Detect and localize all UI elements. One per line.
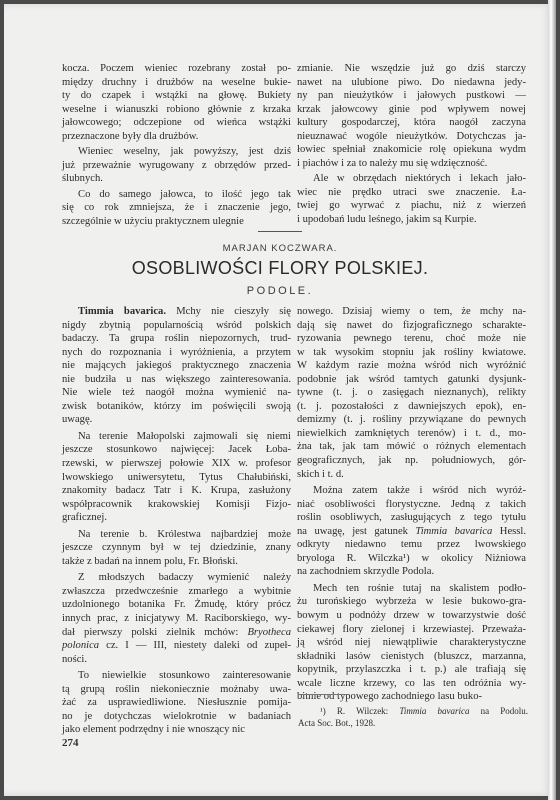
paragraph: zmianie. Nie wszędzie już go dziś starcz… [297, 62, 526, 170]
text-line: kocza. Poczem wieniec rozebrany został p… [62, 62, 291, 76]
page-number: 274 [62, 737, 79, 749]
text-line: między druchny i drużbów na weselne buki… [62, 76, 291, 90]
footnote-author: R. Wilczek: [337, 706, 388, 716]
text-line: To niewielkie stosunkowo zainteresowanie [62, 669, 291, 683]
text-line: współpracownik krakowskiej Komisji Fizjo… [62, 498, 291, 512]
article-author: MARJAN KOCZWARA. [0, 243, 560, 254]
text-line: i upodobań ludu leśnego, jakim są Kurpie… [297, 213, 526, 227]
text-line: już przeważnie wyrugowany z obrzędów prz… [62, 159, 291, 173]
text-line: jałowcowego; odczepione od wieńca wstążk… [62, 116, 291, 130]
footnote-rule [298, 694, 348, 695]
text-line: Nie wiele też naogół można wymienić na- [62, 386, 291, 400]
text-line: nych do rozpoznania i wyróżnienia, a prz… [62, 346, 291, 360]
text-line: polonica cz. I — III, niestety daleki od… [62, 639, 291, 653]
footnote-species: Timmia bavarica [399, 706, 469, 716]
text-line: przeznaczone były dla drużbów. [62, 130, 291, 144]
text-line: jako element podrzędny i nie wnoszący ni… [62, 723, 291, 737]
text-line: bryologa R. Wilczka¹) w okolicy Niżniowa [297, 552, 526, 566]
text-line: weselne i wianuszki robiono głównie z kr… [62, 103, 291, 117]
text-line: uwagę. [62, 413, 291, 427]
text-line: ności. [62, 653, 291, 667]
text-line: ny pan nieużytków i jałowych pustkowi — [297, 89, 526, 103]
text-line: Timmia bavarica. Mchy nie cieszyły się [62, 305, 291, 319]
paragraph: Mech ten rośnie tutaj na skalistem podło… [297, 582, 526, 704]
text-line: W każdym razie można wśród nich wyróżnić [297, 359, 526, 373]
text-line: skich i t. d. [297, 468, 526, 482]
text-line: badaczy. Ta grupa roślin niepozornych, t… [62, 332, 291, 346]
top-right-column: zmianie. Nie wszędzie już go dziś starcz… [297, 62, 526, 227]
paragraph: nowego. Dzisiaj wiemy o tem, że mchy na-… [297, 305, 526, 481]
text-line: szczególnie w użyciu praktycznem ulegnie [62, 215, 291, 229]
text-line: no je dotychczas wielokrotnie w badaniac… [62, 710, 291, 724]
text-line: nie budziła u nas większego zainteresowa… [62, 373, 291, 387]
text-line: żna tak, jak tam mówić o różnych element… [297, 440, 526, 454]
text-line: jeszcze czynnym był w tej dziedzinie, zn… [62, 541, 291, 555]
text-line: zmianie. Nie wszędzie już go dziś starcz… [297, 62, 526, 76]
text-line: zwisk botaników, którzy im poświęcili sw… [62, 400, 291, 414]
text-line: demizmy (t. j. rośliny przywiązane do pe… [297, 413, 526, 427]
footnote-marker: ¹) [320, 706, 326, 716]
footnote-rest: na Podolu. [481, 706, 528, 716]
text-line: uzdolnionego botanika Fr. Żmudę, który p… [62, 598, 291, 612]
page-edge [548, 0, 556, 800]
text-line: kultury gospodarczej, która naogół zaczy… [297, 116, 526, 130]
paragraph: Na terenie Małopolski zajmowali się niem… [62, 430, 291, 525]
text-line: kopytnik, przylaszczka i t. p.) ale traf… [297, 663, 526, 677]
section-divider-rule [258, 231, 302, 232]
text-line: wiec nie prędko utraci swe znaczenie. Ła… [297, 186, 526, 200]
text-line: Z młodszych badaczy wymienić należy [62, 571, 291, 585]
footnote: ¹) R. Wilczek: Timmia bavarica na Podolu… [298, 705, 528, 729]
text-line: w tak wysokim stopniu jak rośliny kwiato… [297, 346, 526, 360]
text-line: ją wśród niej niewątpliwie charakterysty… [297, 636, 526, 650]
paragraph: Można zatem także i wśród nich wyróż-nia… [297, 484, 526, 579]
paragraph: Co do samego jałowca, to ilość jego taks… [62, 188, 291, 229]
text-line: nie mających jakiegoś praktycznego znacz… [62, 359, 291, 373]
text-line: także z badań na innem polu, Fr. Błoński… [62, 555, 291, 569]
text-line: się co rok zmniejsza, że i znaczenie jeg… [62, 201, 291, 215]
text-line: niewielkich zamkniętych terenów) i t. d.… [297, 427, 526, 441]
footnote-source: Acta Soc. Bot., 1928. [298, 717, 528, 729]
text-line: znakomity badacz Tatr i K. Krupa, zasłuż… [62, 484, 291, 498]
text-line: jeszcze stosunkowo najwięcej: Jacek Łoba… [62, 443, 291, 457]
text-line: odkryty niedawno temu przez lwowskiego [297, 538, 526, 552]
text-line: na zachodniem skrzydle Podola. [297, 565, 526, 579]
text-line: i piachów i za to należy mu się wdzięczn… [297, 157, 526, 171]
text-line: ty do czapek i wstążki na głowę. Bukiety [62, 89, 291, 103]
text-line: innych prac, z inicjatywy M. Raciborskie… [62, 612, 291, 626]
text-line: tywne (t. j. o zasięgach nieznanych), re… [297, 386, 526, 400]
paragraph: Wieniec weselny, jak powyższy, jest dziś… [62, 145, 291, 186]
text-line: składniki lasów cienistych (bluszcz, mar… [297, 650, 526, 664]
text-line: żać za usprawiedliwione. Niesłusznie pom… [62, 696, 291, 710]
text-line: Na terenie b. Królestwa najbardziej może [62, 528, 291, 542]
article-left-column: Timmia bavarica. Mchy nie cieszyły sięni… [62, 305, 291, 737]
article-subtitle: PODOLE. [0, 285, 560, 297]
text-line: rzewski, w pierwszej połowie XIX w. prof… [62, 457, 291, 471]
text-line: zwłaszcza przedwcześnie zmarłego a wybit… [62, 585, 291, 599]
text-line: geograficznych, jak np. południowych, gó… [297, 454, 526, 468]
paragraph: kocza. Poczem wieniec rozebrany został p… [62, 62, 291, 143]
text-line: tą grupą roślin niekoniecznie możnaby uw… [62, 683, 291, 697]
text-line: Ale w obrzędach niektórych i lekach jało… [297, 172, 526, 186]
text-line: Co do samego jałowca, to ilość jego tak [62, 188, 291, 202]
text-line: nieuznawać wogóle nieużytków. Dotychczas… [297, 130, 526, 144]
text-line: ryzowania pewnego terenu, choć może nie [297, 332, 526, 346]
text-line: Wieniec weselny, jak powyższy, jest dziś [62, 145, 291, 159]
text-line: lwowskiego uniwersytetu, Tytus Chałubińs… [62, 471, 291, 485]
text-line: twiej go wyrwać z piachu, niż z wierzeń [297, 199, 526, 213]
paragraph: Z młodszych badaczy wymienić należyzwłas… [62, 571, 291, 666]
text-line: Można zatem także i wśród nich wyróż- [297, 484, 526, 498]
text-line: łowiec spełniał znakomicie rolę opiekuna… [297, 143, 526, 157]
paragraph: Ale w obrzędach niektórych i lekach jało… [297, 172, 526, 226]
text-line: niać osobliwości florystyczne. Jedną z t… [297, 498, 526, 512]
text-line: żu turońskiego wybrzeża w lesie bukowo-g… [297, 595, 526, 609]
article-right-column: nowego. Dzisiaj wiemy o tem, że mchy na-… [297, 305, 526, 704]
text-line: podobnie jak wśród tamtych gatunki dysju… [297, 373, 526, 387]
text-line: dał pierwszy polski zielnik mchów: Bryot… [62, 626, 291, 640]
text-line: Na terenie Małopolski zajmowali się niem… [62, 430, 291, 444]
top-left-column: kocza. Poczem wieniec rozebrany został p… [62, 62, 291, 229]
text-line: dają się nawet do fizjograficznego schar… [297, 319, 526, 333]
text-line: na uwagę, jest gatunek Timmia bavarica H… [297, 525, 526, 539]
article-title: OSOBLIWOŚCI FLORY POLSKIEJ. [0, 258, 560, 279]
text-line: graficznej. [62, 511, 291, 525]
text-line: ciekawej flory zielonej i krzewiastej. P… [297, 623, 526, 637]
text-line: bowym u podnóży drzew w towarzystwie doś… [297, 609, 526, 623]
text-line: nowego. Dzisiaj wiemy o tem, że mchy na- [297, 305, 526, 319]
text-line: nawet na ulubione piwo. Do niedawna jedy… [297, 76, 526, 90]
text-line: nigdy zbytnią popularnością wśród polski… [62, 319, 291, 333]
text-line: Mech ten rośnie tutaj na skalistem podło… [297, 582, 526, 596]
text-line: (t. j. pozostałości z dawniejszych epok)… [297, 400, 526, 414]
text-line: ślubnych. [62, 172, 291, 186]
paragraph: Timmia bavarica. Mchy nie cieszyły sięni… [62, 305, 291, 427]
text-line: krzak jałowcowy ginie pod wpływem nowej [297, 103, 526, 117]
paragraph: To niewielkie stosunkowo zainteresowanie… [62, 669, 291, 737]
text-line: wcale liczne krzewy, co las ten odróżnia… [297, 677, 526, 691]
text-line: bitnie od typowego zachodniego lasu buko… [297, 690, 526, 704]
paragraph: Na terenie b. Królestwa najbardziej może… [62, 528, 291, 569]
text-line: roślin osobliwych, zasługujących z tego … [297, 511, 526, 525]
